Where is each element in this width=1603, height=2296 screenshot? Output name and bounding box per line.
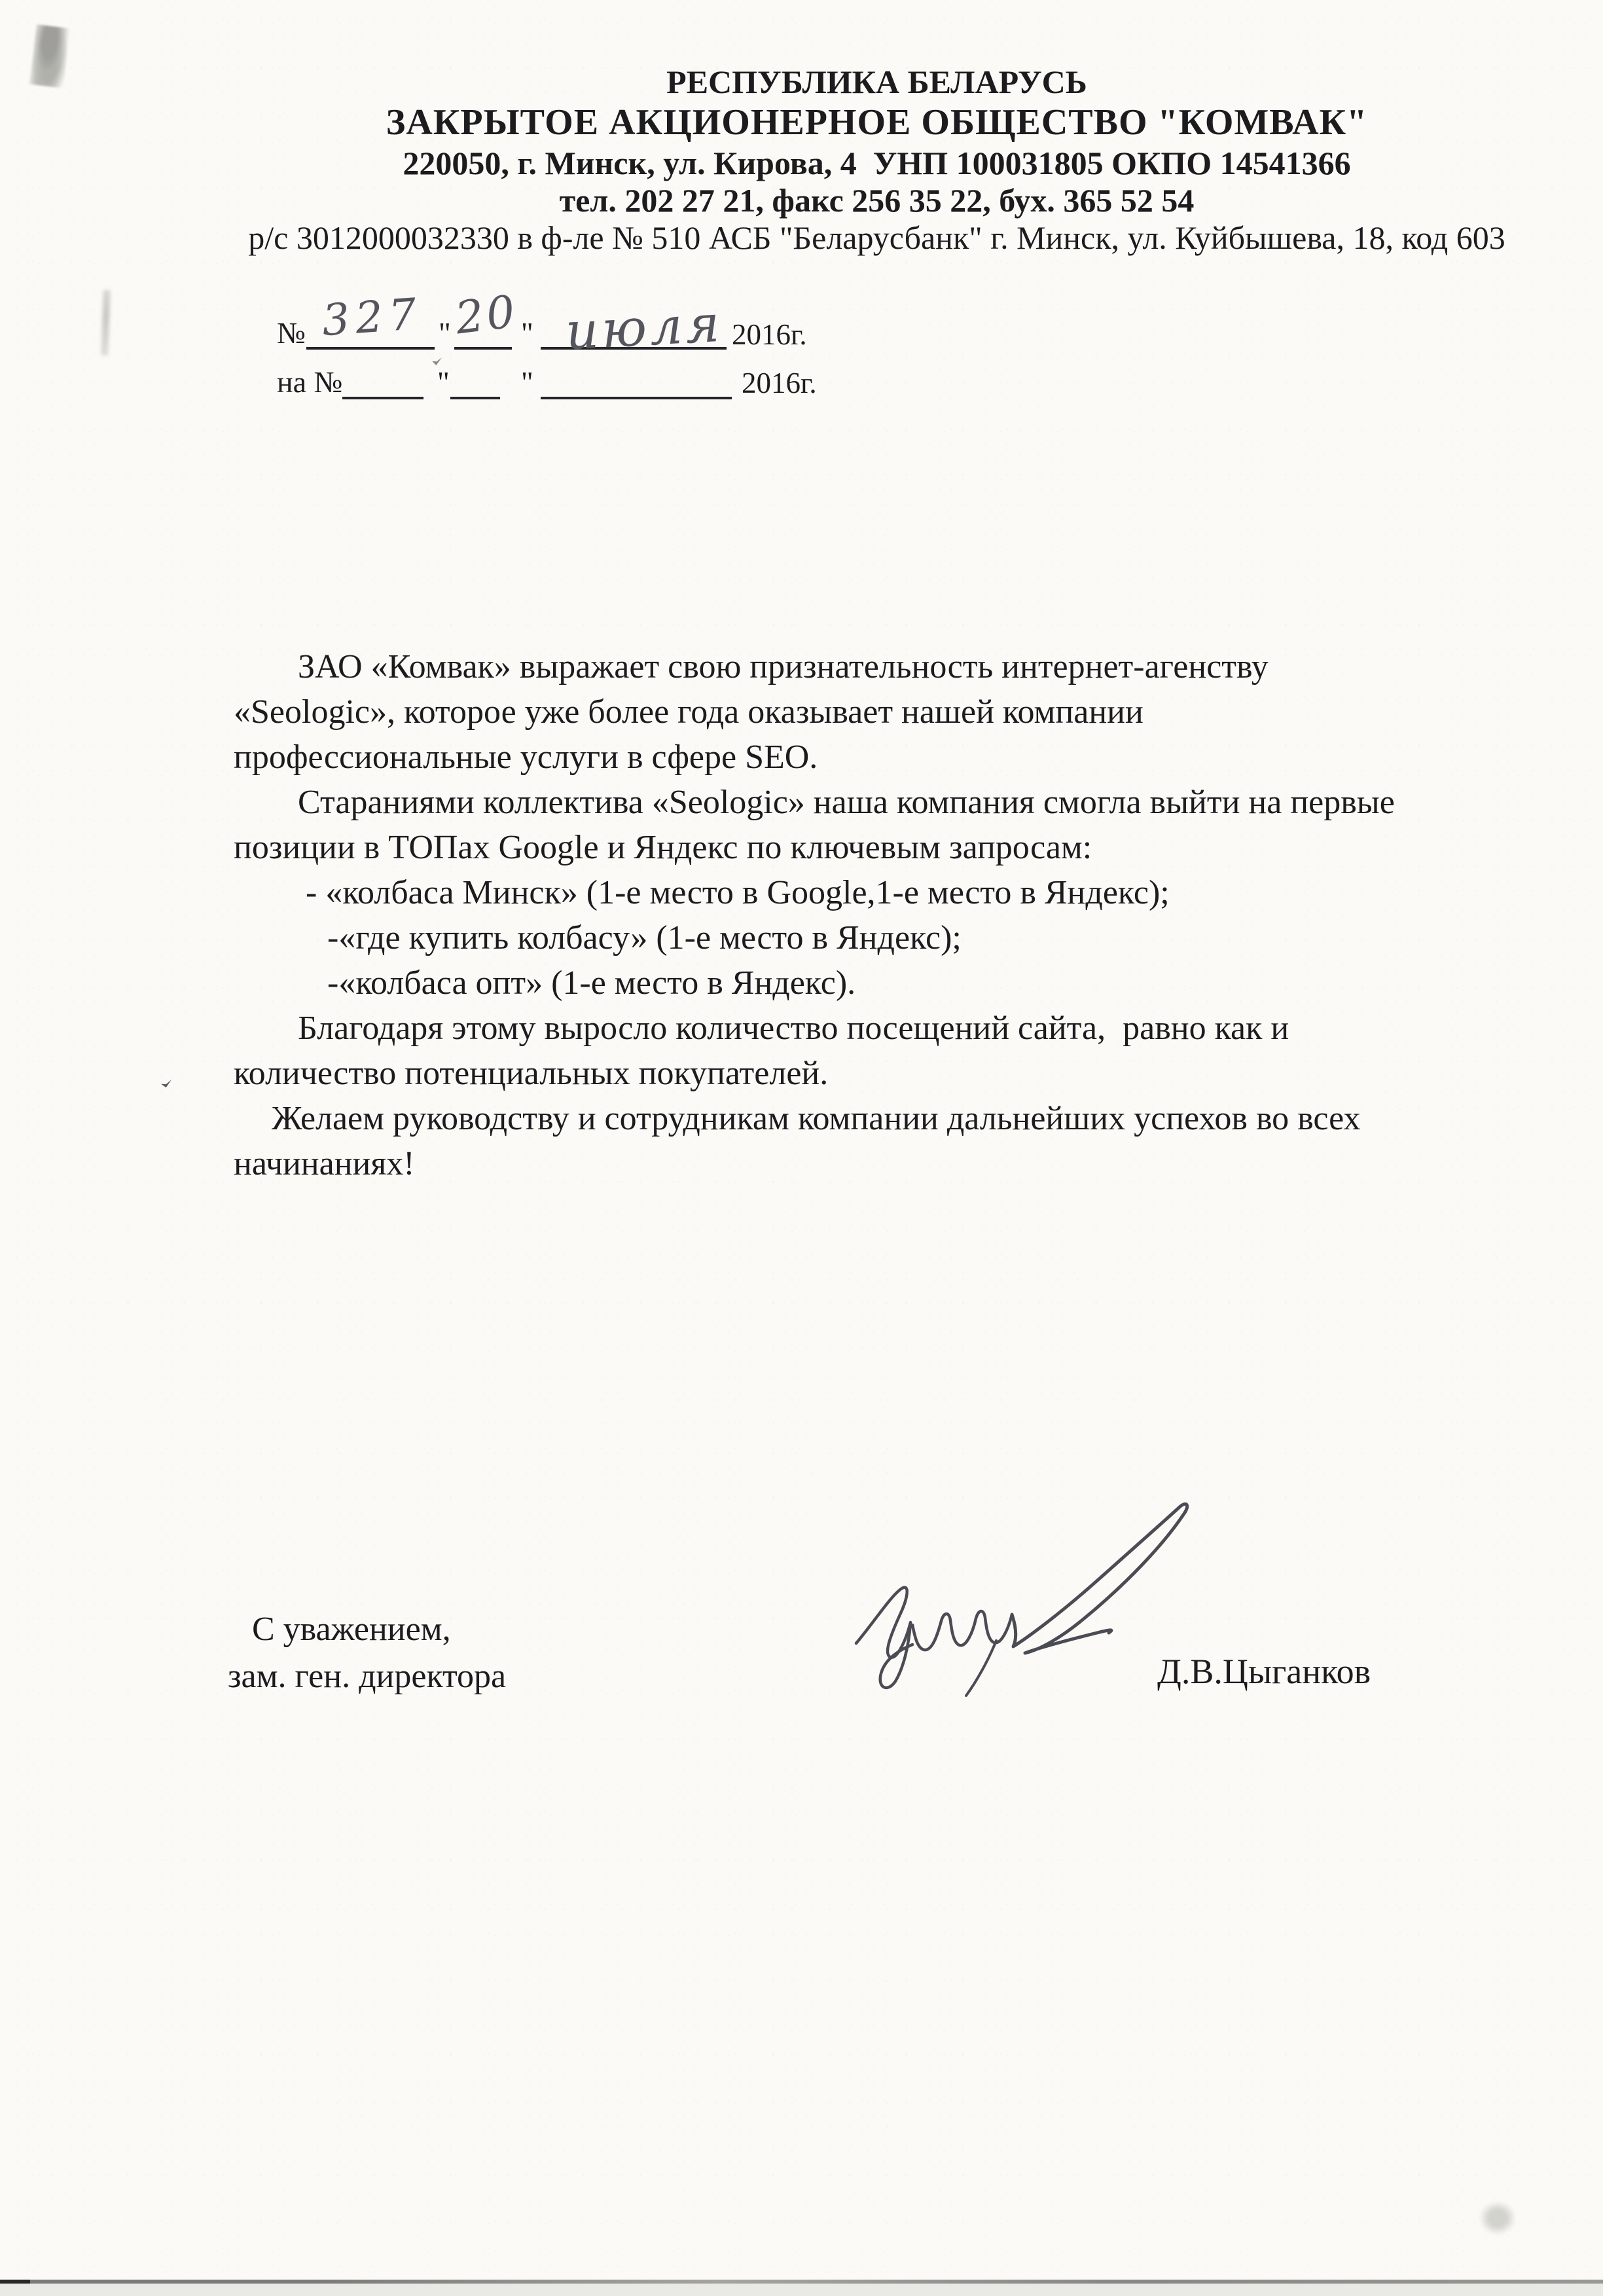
letterhead-address-line: 220050, г. Минск, ул. Кирова, 4 УНП 1000… xyxy=(157,144,1596,182)
ref-open-quote: " xyxy=(439,318,451,348)
letterhead-bank-line: р/с 3012000032330 в ф-ле № 510 АСБ "Бела… xyxy=(157,219,1596,257)
closing-salutation: С уважением, xyxy=(252,1611,451,1648)
handwritten-signature xyxy=(844,1485,1198,1714)
keyword-list-item: -«где купить колбасу» (1-е место в Яндек… xyxy=(234,915,1395,960)
letterhead-phone-line: тел. 202 27 21, факс 256 35 22, бух. 365… xyxy=(157,182,1596,219)
ref-year: 2016г. xyxy=(732,320,807,350)
ref-day-blank xyxy=(454,344,512,350)
letterhead-country-line: РЕСПУБЛИКА БЕЛАРУСЬ xyxy=(157,63,1596,101)
ink-speck xyxy=(432,357,442,365)
letterhead: РЕСПУБЛИКА БЕЛАРУСЬ ЗАКРЫТОЕ АКЦИОНЕРНОЕ… xyxy=(157,63,1596,257)
scanner-edge-strip xyxy=(0,2284,1603,2296)
ref-number-label: № xyxy=(277,318,306,348)
scan-smudge-bottom-right xyxy=(1479,2201,1516,2235)
letter-body: ЗАО «Комвак» выражает свою признательнос… xyxy=(234,644,1395,1186)
body-line: Желаем руководству и сотрудникам компани… xyxy=(234,1096,1395,1141)
body-line: Благодаря этому выросло количество посещ… xyxy=(234,1006,1395,1051)
keyword-list-item: -«колбаса опт» (1-е место в Яндекс). xyxy=(234,960,1395,1006)
body-line: профессиональные услуги в сфере SEO. xyxy=(234,735,1395,780)
reply-year: 2016г. xyxy=(742,369,817,398)
ink-speck xyxy=(160,1080,172,1088)
body-line: количество потенциальных покупателей. xyxy=(234,1051,1395,1096)
body-line: начинаниях! xyxy=(234,1141,1395,1186)
letterhead-company-line: ЗАКРЫТОЕ АКЦИОНЕРНОЕ ОБЩЕСТВО "КОМВАК" xyxy=(157,101,1596,144)
body-line: «Seologic», которое уже более года оказы… xyxy=(234,689,1395,735)
body-line: ЗАО «Комвак» выражает свою признательнос… xyxy=(234,644,1395,689)
signer-title: зам. ген. директора xyxy=(228,1658,506,1695)
reply-open-quote: " xyxy=(437,367,450,397)
body-line: Стараниями коллектива «Seologic» наша ко… xyxy=(234,780,1395,825)
pencil-streak xyxy=(101,290,110,355)
scanned-letter-page: РЕСПУБЛИКА БЕЛАРУСЬ ЗАКРЫТОЕ АКЦИОНЕРНОЕ… xyxy=(0,0,1603,2296)
body-line: позиции в ТОПах Google и Яндекс по ключе… xyxy=(234,825,1395,870)
ref-month-handwritten: июля xyxy=(564,299,724,357)
ref-number-handwritten: 327 xyxy=(321,293,423,343)
keyword-list-item: - «колбаса Минск» (1-е место в Google,1-… xyxy=(234,870,1395,915)
reply-number-blank xyxy=(342,394,423,399)
ref-day-handwritten: 20 xyxy=(453,289,520,341)
reply-month-blank xyxy=(541,394,732,399)
reply-day-blank xyxy=(450,394,500,399)
reply-close-quote: " xyxy=(521,367,533,397)
reply-ref-label: на № xyxy=(277,367,342,397)
ref-close-quote: " xyxy=(521,318,533,348)
scan-smudge-top-left xyxy=(29,24,71,88)
